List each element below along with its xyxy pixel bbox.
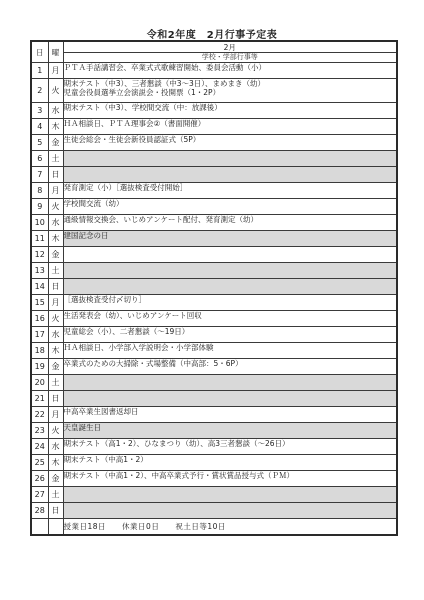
table-row: 20土 bbox=[31, 375, 397, 391]
schedule-table-body: 1月ＰＴＡ手話講習会、卒業式式歌練習開始、委員会活動（小）2火期末テスト（中3）… bbox=[31, 63, 397, 519]
event-cell: ＰＴＡ手話講習会、卒業式式歌練習開始、委員会活動（小） bbox=[63, 63, 397, 79]
weekday-label: 火 bbox=[48, 199, 63, 215]
day-number: 25 bbox=[31, 455, 48, 471]
event-text: 期末テスト（中高1・2）、中高卒業式予行・賞状賞品授与式（ＰＭ） bbox=[64, 471, 397, 480]
day-number: 2 bbox=[31, 79, 48, 103]
table-row: 18木ＨＡ相談日、小学部入学説明会・小学部体験 bbox=[31, 343, 397, 359]
event-text: 天皇誕生日 bbox=[64, 423, 397, 432]
table-row: 5金生徒会総会・生徒会新役員認証式（5P） bbox=[31, 135, 397, 151]
day-number: 21 bbox=[31, 391, 48, 407]
event-text: 児童総会（小）、二者懇談（～19日） bbox=[64, 327, 397, 336]
day-number: 24 bbox=[31, 439, 48, 455]
summary-text: 授業日18日 休業日0日 祝土日等10日 bbox=[63, 519, 397, 535]
event-text: 生活発表会（幼）、いじめアンケート回収 bbox=[64, 311, 397, 320]
event-cell bbox=[63, 167, 397, 183]
event-cell: 期末テスト（中高1・2） bbox=[63, 455, 397, 471]
weekday-label: 金 bbox=[48, 471, 63, 487]
day-number: 17 bbox=[31, 327, 48, 343]
table-row: 17水児童総会（小）、二者懇談（～19日） bbox=[31, 327, 397, 343]
table-row: 1月ＰＴＡ手話講習会、卒業式式歌練習開始、委員会活動（小） bbox=[31, 63, 397, 79]
event-cell bbox=[63, 391, 397, 407]
table-row: 11木建国記念の日 bbox=[31, 231, 397, 247]
event-cell: 天皇誕生日 bbox=[63, 423, 397, 439]
table-row: 25木期末テスト（中高1・2） bbox=[31, 455, 397, 471]
event-text: 発育測定（小）［選抜検査受付開始］ bbox=[64, 183, 397, 192]
weekday-label: 月 bbox=[48, 63, 63, 79]
table-row: 4木ＨＡ相談日、ＰＴＡ理事会②（書面開催） bbox=[31, 119, 397, 135]
schedule-document-page: 令和2年度 2月行事予定表 日 曜 2月 学校・学部行事等 1月ＰＴＡ手話講習会… bbox=[0, 0, 424, 600]
event-text: ＰＴＡ手話講習会、卒業式式歌練習開始、委員会活動（小） bbox=[64, 63, 397, 72]
day-number: 6 bbox=[31, 151, 48, 167]
event-text: 学校間交流（幼） bbox=[64, 199, 397, 208]
event-cell: 生活発表会（幼）、いじめアンケート回収 bbox=[63, 311, 397, 327]
table-row: 24水期末テスト（高1・2）、ひなまつり（幼）、高3三者懇談（～26日） bbox=[31, 439, 397, 455]
table-row: 28日 bbox=[31, 503, 397, 519]
document-title: 令和2年度 2月行事予定表 bbox=[0, 26, 424, 41]
table-row: 8月発育測定（小）［選抜検査受付開始］ bbox=[31, 183, 397, 199]
event-cell bbox=[63, 375, 397, 391]
weekday-label: 水 bbox=[48, 103, 63, 119]
event-text: ＨＡ相談日、小学部入学説明会・小学部体験 bbox=[64, 343, 397, 352]
event-text: ＨＡ相談日、ＰＴＡ理事会②（書面開催） bbox=[64, 119, 397, 128]
weekday-label: 水 bbox=[48, 327, 63, 343]
day-number: 28 bbox=[31, 503, 48, 519]
weekday-label: 木 bbox=[48, 119, 63, 135]
event-cell: ＨＡ相談日、小学部入学説明会・小学部体験 bbox=[63, 343, 397, 359]
column-header-weekday: 曜 bbox=[48, 41, 63, 63]
day-number: 22 bbox=[31, 407, 48, 423]
table-row: 19金卒業式のための大掃除・式場整備（中高部：5・6P） bbox=[31, 359, 397, 375]
weekday-label: 金 bbox=[48, 135, 63, 151]
event-cell: 生徒会総会・生徒会新役員認証式（5P） bbox=[63, 135, 397, 151]
table-row: 16火生活発表会（幼）、いじめアンケート回収 bbox=[31, 311, 397, 327]
summary-weekday-cell bbox=[48, 519, 63, 535]
day-number: 14 bbox=[31, 279, 48, 295]
table-row: 26金期末テスト（中高1・2）、中高卒業式予行・賞状賞品授与式（ＰＭ） bbox=[31, 471, 397, 487]
event-cell: 中高卒業生図書返却日 bbox=[63, 407, 397, 423]
day-number: 16 bbox=[31, 311, 48, 327]
day-number: 23 bbox=[31, 423, 48, 439]
weekday-label: 木 bbox=[48, 343, 63, 359]
day-number: 13 bbox=[31, 263, 48, 279]
table-row: 9火学校間交流（幼） bbox=[31, 199, 397, 215]
day-number: 9 bbox=[31, 199, 48, 215]
event-cell bbox=[63, 279, 397, 295]
day-number: 11 bbox=[31, 231, 48, 247]
event-cell: 卒業式のための大掃除・式場整備（中高部：5・6P） bbox=[63, 359, 397, 375]
event-text: 期末テスト（中3）、学校間交流（中：放課後） bbox=[64, 103, 397, 112]
day-number: 20 bbox=[31, 375, 48, 391]
event-cell: 期末テスト（中高1・2）、中高卒業式予行・賞状賞品授与式（ＰＭ） bbox=[63, 471, 397, 487]
weekday-label: 木 bbox=[48, 231, 63, 247]
weekday-label: 日 bbox=[48, 167, 63, 183]
weekday-label: 木 bbox=[48, 455, 63, 471]
day-number: 1 bbox=[31, 63, 48, 79]
table-row: 7日 bbox=[31, 167, 397, 183]
table-row: 3水期末テスト（中3）、学校間交流（中：放課後） bbox=[31, 103, 397, 119]
day-number: 4 bbox=[31, 119, 48, 135]
event-cell: 発育測定（小）［選抜検査受付開始］ bbox=[63, 183, 397, 199]
event-text: 生徒会総会・生徒会新役員認証式（5P） bbox=[64, 135, 397, 144]
weekday-label: 火 bbox=[48, 423, 63, 439]
event-cell: 児童総会（小）、二者懇談（～19日） bbox=[63, 327, 397, 343]
event-cell: 学校間交流（幼） bbox=[63, 199, 397, 215]
table-row: 14日 bbox=[31, 279, 397, 295]
table-row: 23火天皇誕生日 bbox=[31, 423, 397, 439]
weekday-label: 土 bbox=[48, 487, 63, 503]
event-text: 期末テスト（中3）、三者懇談（中3～3日）、まめまき（幼） bbox=[64, 79, 397, 88]
weekday-label: 月 bbox=[48, 183, 63, 199]
day-number: 26 bbox=[31, 471, 48, 487]
monthly-schedule-table: 日 曜 2月 学校・学部行事等 1月ＰＴＡ手話講習会、卒業式式歌練習開始、委員会… bbox=[30, 40, 398, 536]
weekday-label: 月 bbox=[48, 295, 63, 311]
weekday-label: 火 bbox=[48, 79, 63, 103]
weekday-label: 金 bbox=[48, 247, 63, 263]
weekday-label: 日 bbox=[48, 391, 63, 407]
event-cell: ＨＡ相談日、ＰＴＡ理事会②（書面開催） bbox=[63, 119, 397, 135]
day-number: 3 bbox=[31, 103, 48, 119]
weekday-label: 水 bbox=[48, 439, 63, 455]
weekday-label: 土 bbox=[48, 263, 63, 279]
weekday-label: 金 bbox=[48, 359, 63, 375]
day-number: 27 bbox=[31, 487, 48, 503]
weekday-label: 月 bbox=[48, 407, 63, 423]
day-number: 12 bbox=[31, 247, 48, 263]
event-cell: 期末テスト（中3）、学校間交流（中：放課後） bbox=[63, 103, 397, 119]
event-text: 期末テスト（中高1・2） bbox=[64, 455, 397, 464]
day-number: 15 bbox=[31, 295, 48, 311]
event-text: 通級情報交換会、いじめアンケート配付、発育測定（幼） bbox=[64, 215, 397, 224]
event-cell bbox=[63, 503, 397, 519]
table-row: 2火期末テスト（中3）、三者懇談（中3～3日）、まめまき（幼）児童会役員選挙立会… bbox=[31, 79, 397, 103]
weekday-label: 水 bbox=[48, 215, 63, 231]
event-text: 児童会役員選挙立会演説会・投開票（1・2P） bbox=[64, 88, 397, 97]
table-row: 13土 bbox=[31, 263, 397, 279]
weekday-label: 土 bbox=[48, 375, 63, 391]
event-cell: 期末テスト（高1・2）、ひなまつり（幼）、高3三者懇談（～26日） bbox=[63, 439, 397, 455]
event-text: 中高卒業生図書返却日 bbox=[64, 407, 397, 416]
event-text: 建国記念の日 bbox=[64, 231, 397, 240]
column-header-month: 2月 bbox=[63, 41, 397, 53]
table-row: 12金 bbox=[31, 247, 397, 263]
weekday-label: 土 bbox=[48, 151, 63, 167]
event-cell bbox=[63, 247, 397, 263]
day-number: 8 bbox=[31, 183, 48, 199]
day-number: 18 bbox=[31, 343, 48, 359]
table-row: 22月中高卒業生図書返却日 bbox=[31, 407, 397, 423]
event-text: 卒業式のための大掃除・式場整備（中高部：5・6P） bbox=[64, 359, 397, 368]
event-cell bbox=[63, 263, 397, 279]
summary-day-cell bbox=[31, 519, 48, 535]
event-cell: 建国記念の日 bbox=[63, 231, 397, 247]
event-cell: 通級情報交換会、いじめアンケート配付、発育測定（幼） bbox=[63, 215, 397, 231]
event-cell bbox=[63, 151, 397, 167]
summary-row: 授業日18日 休業日0日 祝土日等10日 bbox=[31, 519, 397, 535]
weekday-label: 火 bbox=[48, 311, 63, 327]
event-text: ［選抜検査受付〆切り］ bbox=[64, 295, 397, 304]
weekday-label: 日 bbox=[48, 279, 63, 295]
weekday-label: 日 bbox=[48, 503, 63, 519]
table-row: 10水通級情報交換会、いじめアンケート配付、発育測定（幼） bbox=[31, 215, 397, 231]
event-text: 期末テスト（高1・2）、ひなまつり（幼）、高3三者懇談（～26日） bbox=[64, 439, 397, 448]
day-number: 7 bbox=[31, 167, 48, 183]
day-number: 5 bbox=[31, 135, 48, 151]
table-row: 6土 bbox=[31, 151, 397, 167]
column-header-events: 学校・学部行事等 bbox=[63, 53, 397, 63]
table-row: 21日 bbox=[31, 391, 397, 407]
event-cell bbox=[63, 487, 397, 503]
table-row: 27土 bbox=[31, 487, 397, 503]
table-row: 15月［選抜検査受付〆切り］ bbox=[31, 295, 397, 311]
day-number: 19 bbox=[31, 359, 48, 375]
event-cell: 期末テスト（中3）、三者懇談（中3～3日）、まめまき（幼）児童会役員選挙立会演説… bbox=[63, 79, 397, 103]
column-header-day: 日 bbox=[31, 41, 48, 63]
day-number: 10 bbox=[31, 215, 48, 231]
event-cell: ［選抜検査受付〆切り］ bbox=[63, 295, 397, 311]
